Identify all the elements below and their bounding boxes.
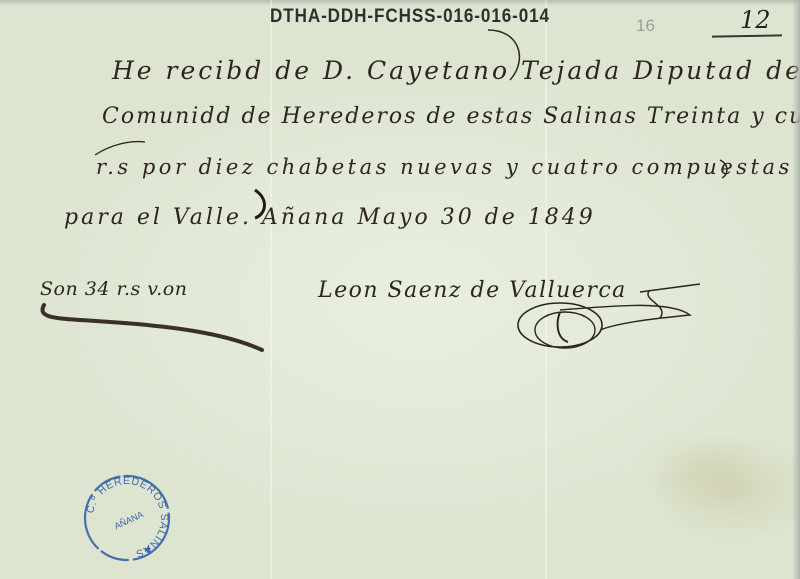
stamp-herederos-salinas: C.º HEREDEROS SALINAS AÑANA ✱: [82, 473, 172, 563]
stamp-center-text: AÑANA: [113, 509, 145, 531]
amount-flourish: [42, 305, 262, 350]
document-sheet: DTHA-DDH-FCHSS-016-016-014 16 12 He reci…: [0, 0, 800, 579]
stamp-star-icon: ✱: [144, 545, 152, 555]
